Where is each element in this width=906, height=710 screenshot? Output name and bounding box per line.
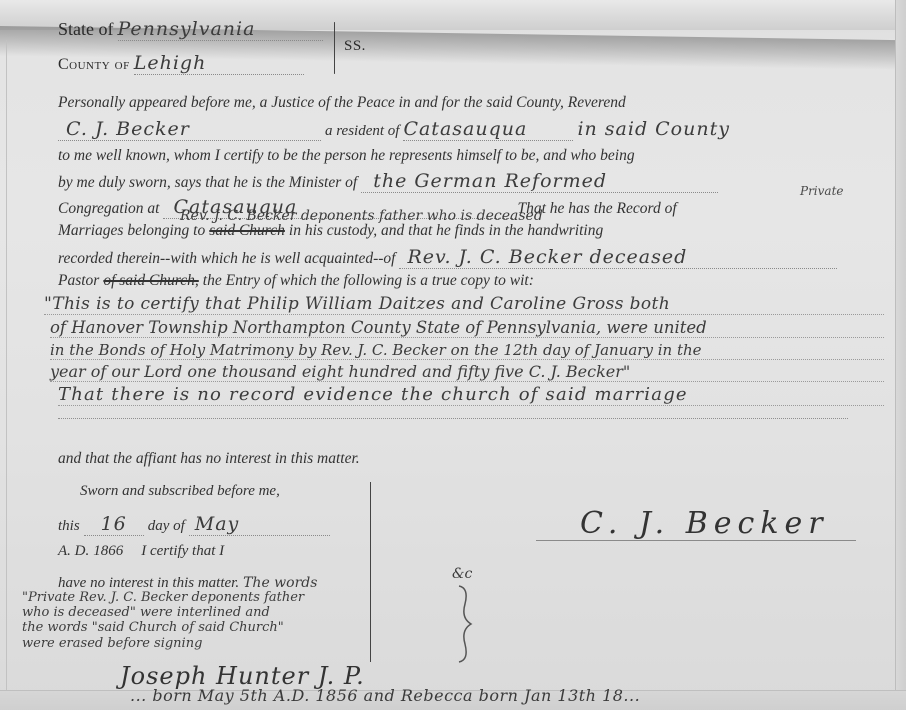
state-label: State of <box>58 19 114 39</box>
note-line-4: were erased before signing <box>22 636 202 651</box>
residence-value: Catasauqua <box>403 118 573 141</box>
affiant-name: C. J. Becker <box>58 118 321 141</box>
day-of-label: day of <box>148 518 185 534</box>
ad-label: A. D. <box>58 543 89 559</box>
note-etc-mark: &c <box>452 566 472 582</box>
minister-label: by me duly sworn, says that he is the Mi… <box>58 174 357 191</box>
interline-private: Private <box>800 184 844 198</box>
county-label: County of <box>58 56 130 73</box>
affiant-line: C. J. Becker a resident of Catasauqua in… <box>58 118 730 141</box>
right-page-edge <box>895 0 906 710</box>
bottom-overflow-text: ... born May 5th A.D. 1856 and Rebecca b… <box>130 686 640 705</box>
entry-line-5: That there is no record evidence the chu… <box>58 384 884 406</box>
left-margin-rule <box>6 40 7 710</box>
ss-brace <box>334 22 335 74</box>
no-interest-label: have no interest in this matter. <box>58 575 239 591</box>
marriages-line: Marriages belonging to said Church in hi… <box>58 222 603 240</box>
affiant-signature: C. J. Becker <box>580 506 829 541</box>
county-value: Lehigh <box>134 52 304 75</box>
state-line: State of Pennsylvania <box>58 18 323 41</box>
this-label: this <box>58 518 80 534</box>
affiant-no-interest: and that the affiant has no interest in … <box>58 450 360 468</box>
recorder-name: Rev. J. C. Becker deceased <box>399 246 837 269</box>
document-page: State of Pennsylvania County of Lehigh S… <box>0 0 906 710</box>
entry-line-3: in the Bonds of Holy Matrimony by Rev. J… <box>50 341 884 360</box>
custody-label: in his custody, and that he finds in the… <box>289 222 603 239</box>
entry-end-rule <box>58 418 848 419</box>
jurat-year-line: A. D. 1866 I certify that I <box>58 542 224 560</box>
marriages-label: Marriages belonging to <box>58 222 205 239</box>
in-said-county: in said County <box>577 118 730 140</box>
note-line-3: the words "said Church of said Church" <box>22 620 284 635</box>
note-line-0: The words <box>243 575 317 591</box>
entry-line-1: "This is to certify that Philip William … <box>44 294 884 315</box>
struck-said-church: said Church <box>209 222 285 239</box>
note-line-2: who is deceased" were interlined and <box>22 605 270 620</box>
recorded-line: recorded therein--with which he is well … <box>58 246 837 269</box>
year-value: 1866 <box>93 543 123 559</box>
struck-of-said-church: of said Church, <box>103 272 198 289</box>
ss-label: SS. <box>344 38 366 55</box>
note-brace-icon <box>455 584 475 664</box>
jurat-date-line: this 16 day of May <box>58 513 330 536</box>
note-line-1: "Private Rev. J. C. Becker deponents fat… <box>22 590 304 605</box>
resident-label: a resident of <box>325 123 399 139</box>
month-value: May <box>189 513 330 536</box>
minister-line: by me duly sworn, says that he is the Mi… <box>58 170 718 193</box>
appearance-line: Personally appeared before me, a Justice… <box>58 94 626 112</box>
county-line: County of Lehigh <box>58 52 304 75</box>
certify-line: to me well known, whom I certify to be t… <box>58 147 635 165</box>
entry-line-4: year of our Lord one thousand eight hund… <box>50 362 884 382</box>
sworn-label: Sworn and subscribed before me, <box>80 483 280 500</box>
entry-line-2: of Hanover Township Northampton County S… <box>50 318 884 338</box>
certify-label: I certify that I <box>141 543 224 559</box>
bleed-through-text <box>560 580 564 596</box>
jurat-brace <box>370 482 371 662</box>
recorded-label: recorded therein--with which he is well … <box>58 250 395 267</box>
state-value: Pennsylvania <box>118 18 323 41</box>
pastor-line: Pastor of said Church, the Entry of whic… <box>58 272 534 290</box>
congregation-label: Congregation at <box>58 200 159 217</box>
true-copy-label: the Entry of which the following is a tr… <box>203 272 534 289</box>
church-name: the German Reformed <box>361 170 718 193</box>
day-value: 16 <box>84 513 144 536</box>
pastor-label: Pastor <box>58 272 99 289</box>
